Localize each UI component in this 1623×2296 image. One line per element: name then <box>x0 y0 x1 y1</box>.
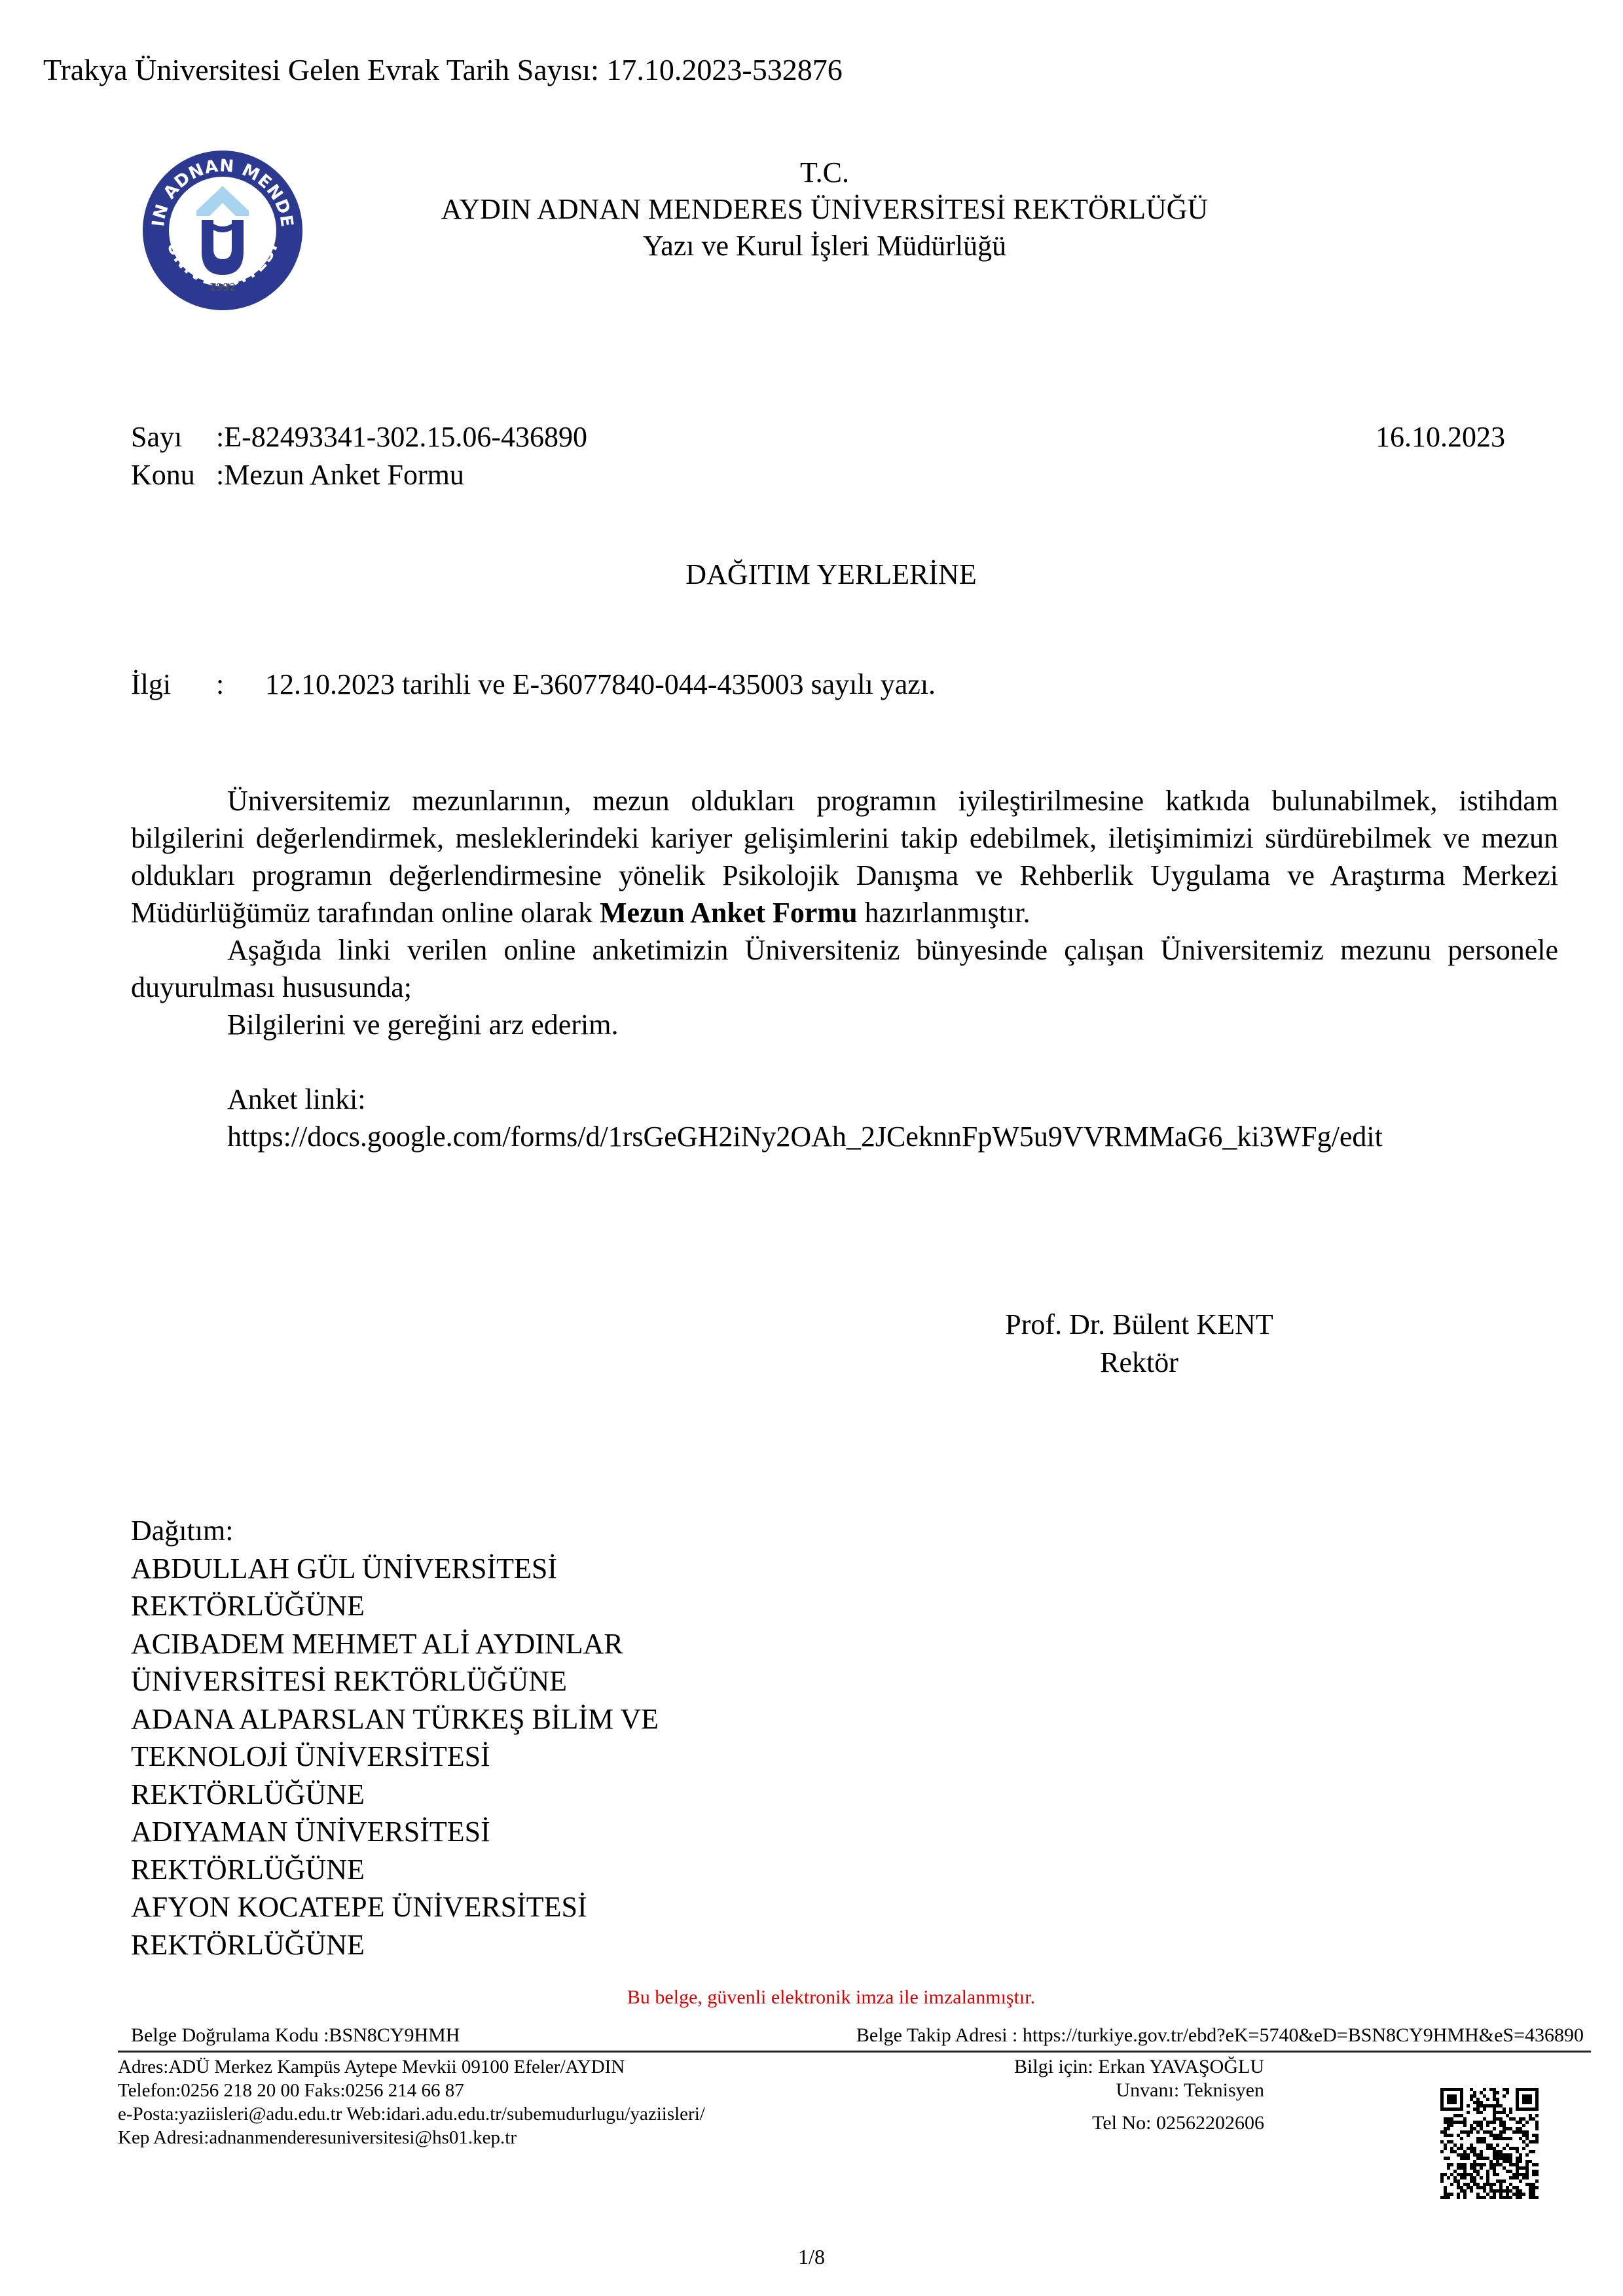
signature-block: Prof. Dr. Bülent KENT Rektör <box>989 1306 1290 1382</box>
addressee: DAĞITIM YERLERİNE <box>0 558 1623 591</box>
email-web: e-Posta:yaziisleri@adu.edu.tr Web:idari.… <box>118 2102 705 2126</box>
distribution-list: Dağıtım: ABDULLAH GÜL ÜNİVERSİTESİ REKTÖ… <box>131 1512 659 1964</box>
esignature-notice: Bu belge, güvenli elektronik imza ile im… <box>0 1986 1623 2009</box>
distribution-line: ADANA ALPARSLAN TÜRKEŞ BİLİM VE <box>131 1700 659 1738</box>
letter-body: Üniversitemiz mezunlarının, mezun oldukl… <box>131 782 1558 1155</box>
incoming-document-stamp: Trakya Üniversitesi Gelen Evrak Tarih Sa… <box>43 52 843 87</box>
tracking-address[interactable]: Belge Takip Adresi : https://turkiye.gov… <box>856 2024 1584 2047</box>
document-date: 16.10.2023 <box>1376 420 1505 454</box>
distribution-line: REKTÖRLÜĞÜNE <box>131 1776 659 1814</box>
reference-row: İlgi:12.10.2023 tarihli ve E-36077840-04… <box>131 668 936 701</box>
page-number: 1/8 <box>0 2245 1623 2269</box>
survey-name-bold: Mezun Anket Formu <box>600 897 858 929</box>
distribution-line: TEKNOLOJİ ÜNİVERSİTESİ <box>131 1738 659 1776</box>
distribution-line: ÜNİVERSİTESİ REKTÖRLÜĞÜNE <box>131 1662 659 1700</box>
contact-phone: Tel No: 02562202606 <box>1014 2111 1264 2135</box>
signatory-title: Rektör <box>989 1344 1290 1382</box>
verification-code: Belge Doğrulama Kodu :BSN8CY9HMH <box>131 2024 460 2047</box>
contact-person: Bilgi için: Erkan YAVAŞOĞLU Unvanı: Tekn… <box>1014 2055 1264 2135</box>
header-institution: AYDIN ADNAN MENDERES ÜNİVERSİTESİ REKTÖR… <box>0 192 1623 226</box>
subject-value: :Mezun Anket Formu <box>216 459 464 491</box>
subject-row: Konu:Mezun Anket Formu <box>131 458 464 492</box>
document-number-row: Sayı:E-82493341-302.15.06-436890 <box>131 420 587 454</box>
footer-divider <box>118 2051 1591 2053</box>
contact-name: Bilgi için: Erkan YAVAŞOĞLU <box>1014 2055 1264 2079</box>
distribution-line: ADIYAMAN ÜNİVERSİTESİ <box>131 1813 659 1851</box>
survey-link-label: Anket linki: <box>131 1081 1558 1118</box>
document-number-value: :E-82493341-302.15.06-436890 <box>216 421 587 453</box>
header-department: Yazı ve Kurul İşleri Müdürlüğü <box>0 229 1623 262</box>
reference-colon: : <box>216 668 265 701</box>
svg-text:1992: 1992 <box>210 281 236 293</box>
survey-link[interactable]: https://docs.google.com/forms/d/1rsGeGH2… <box>131 1118 1558 1155</box>
body-paragraph-1: Üniversitemiz mezunlarının, mezun oldukl… <box>131 782 1558 931</box>
postal-address: Adres:ADÜ Merkez Kampüs Aytepe Mevkii 09… <box>118 2055 705 2079</box>
distribution-line: ABDULLAH GÜL ÜNİVERSİTESİ <box>131 1550 659 1588</box>
subject-label: Konu <box>131 458 216 492</box>
contact-title: Unvanı: Teknisyen <box>1014 2079 1264 2102</box>
reference-label: İlgi <box>131 668 216 701</box>
signatory-name: Prof. Dr. Bülent KENT <box>989 1306 1290 1344</box>
distribution-line: REKTÖRLÜĞÜNE <box>131 1851 659 1889</box>
distribution-label: Dağıtım: <box>131 1512 659 1550</box>
body-paragraph-3: Bilgilerini ve gereğini arz ederim. <box>131 1006 1558 1043</box>
distribution-line: ACIBADEM MEHMET ALİ AYDINLAR <box>131 1625 659 1663</box>
phone-fax: Telefon:0256 218 20 00 Faks:0256 214 66 … <box>118 2079 705 2102</box>
institution-contact: Adres:ADÜ Merkez Kampüs Aytepe Mevkii 09… <box>118 2055 705 2149</box>
qr-code-icon <box>1440 2088 1539 2199</box>
distribution-line: REKTÖRLÜĞÜNE <box>131 1587 659 1625</box>
reference-value: 12.10.2023 tarihli ve E-36077840-044-435… <box>265 668 936 700</box>
kep-address: Kep Adresi:adnanmenderesuniversitesi@hs0… <box>118 2126 705 2149</box>
header-tc: T.C. <box>0 156 1623 189</box>
document-number-label: Sayı <box>131 420 216 454</box>
body-paragraph-2: Aşağıda linki verilen online anketimizin… <box>131 931 1558 1006</box>
distribution-line: REKTÖRLÜĞÜNE <box>131 1926 659 1964</box>
distribution-line: AFYON KOCATEPE ÜNİVERSİTESİ <box>131 1888 659 1926</box>
